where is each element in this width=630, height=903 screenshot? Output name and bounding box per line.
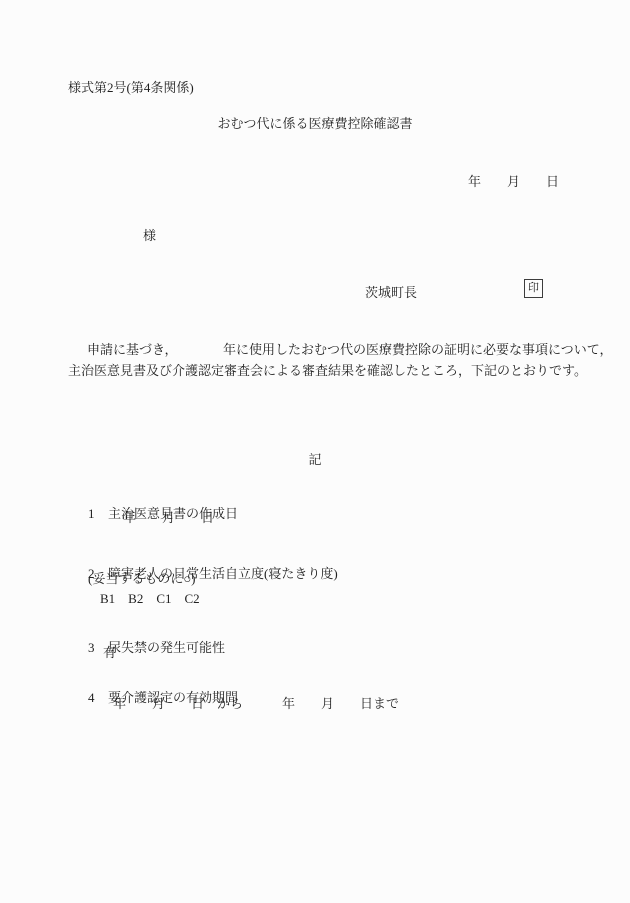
- document-page: 様式第2号(第4条関係) おむつ代に係る医療費控除確認書 年 月 日 様 茨城町…: [0, 0, 630, 903]
- record-heading: 記: [0, 452, 630, 468]
- item-1-date-blanks: 年 月 日: [123, 510, 214, 526]
- document-title: おむつ代に係る医療費控除確認書: [0, 116, 630, 132]
- item-2-grade-options: B1 B2 C1 C2: [100, 591, 200, 607]
- item-2-instruction: (妥当するものに○): [88, 571, 196, 587]
- issuer-title: 茨城町長: [365, 285, 417, 301]
- item-3-answer: 有: [103, 645, 116, 661]
- item-1-number: 1: [88, 506, 108, 522]
- issue-date-line: 年 月 日: [468, 174, 559, 190]
- seal-box: 印: [524, 279, 543, 298]
- item-3-label: 尿失禁の発生可能性: [108, 640, 225, 655]
- item-4-number: 4: [88, 690, 108, 706]
- item-3-row: 3尿失禁の発生可能性: [75, 624, 225, 673]
- body-paragraph-line1: 申請に基づき， 年に使用したおむつ代の医療費控除の証明に必要な事項について，: [87, 342, 612, 358]
- item-4-period-blanks: 年 月 日 から 年 月 日まで: [113, 696, 399, 712]
- seal-label: 印: [528, 283, 539, 294]
- form-number: 様式第2号(第4条関係): [68, 80, 194, 96]
- body-paragraph-line2: 主治医意見書及び介護認定審査会による審査結果を確認したところ，下記のとおりです。: [68, 363, 587, 379]
- addressee-honorific: 様: [143, 228, 156, 244]
